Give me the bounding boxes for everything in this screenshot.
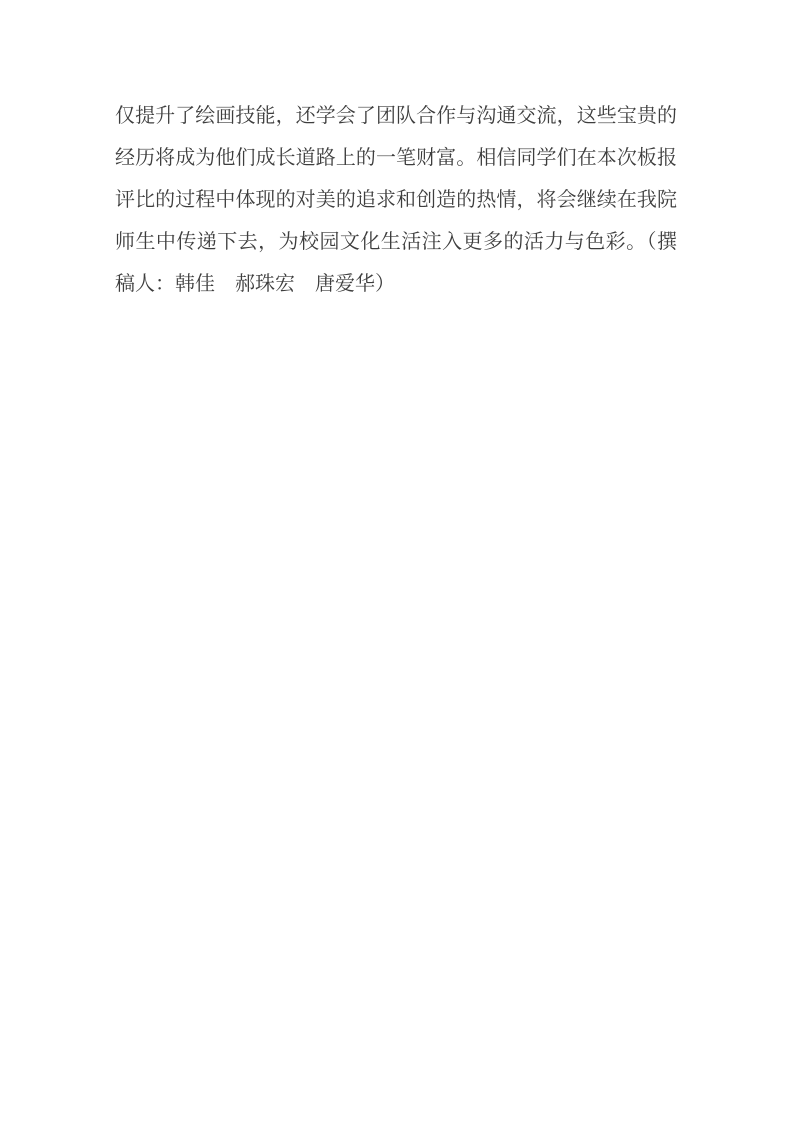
body-paragraph: 仅提升了绘画技能，还学会了团队合作与沟通交流，这些宝贵的 经历将成为他们成长道路… <box>115 95 677 305</box>
document-page: 仅提升了绘画技能，还学会了团队合作与沟通交流，这些宝贵的 经历将成为他们成长道路… <box>0 0 793 1122</box>
paragraph-line: 评比的过程中体现的对美的追求和创造的热情，将会继续在我院 <box>115 179 677 221</box>
paragraph-line: 仅提升了绘画技能，还学会了团队合作与沟通交流，这些宝贵的 <box>115 95 677 137</box>
paragraph-line: 经历将成为他们成长道路上的一笔财富。相信同学们在本次板报 <box>115 137 677 179</box>
paragraph-line: 稿人：韩佳 郝珠宏 唐爱华） <box>115 263 677 305</box>
paragraph-line: 师生中传递下去，为校园文化生活注入更多的活力与色彩。（撰 <box>115 221 677 263</box>
